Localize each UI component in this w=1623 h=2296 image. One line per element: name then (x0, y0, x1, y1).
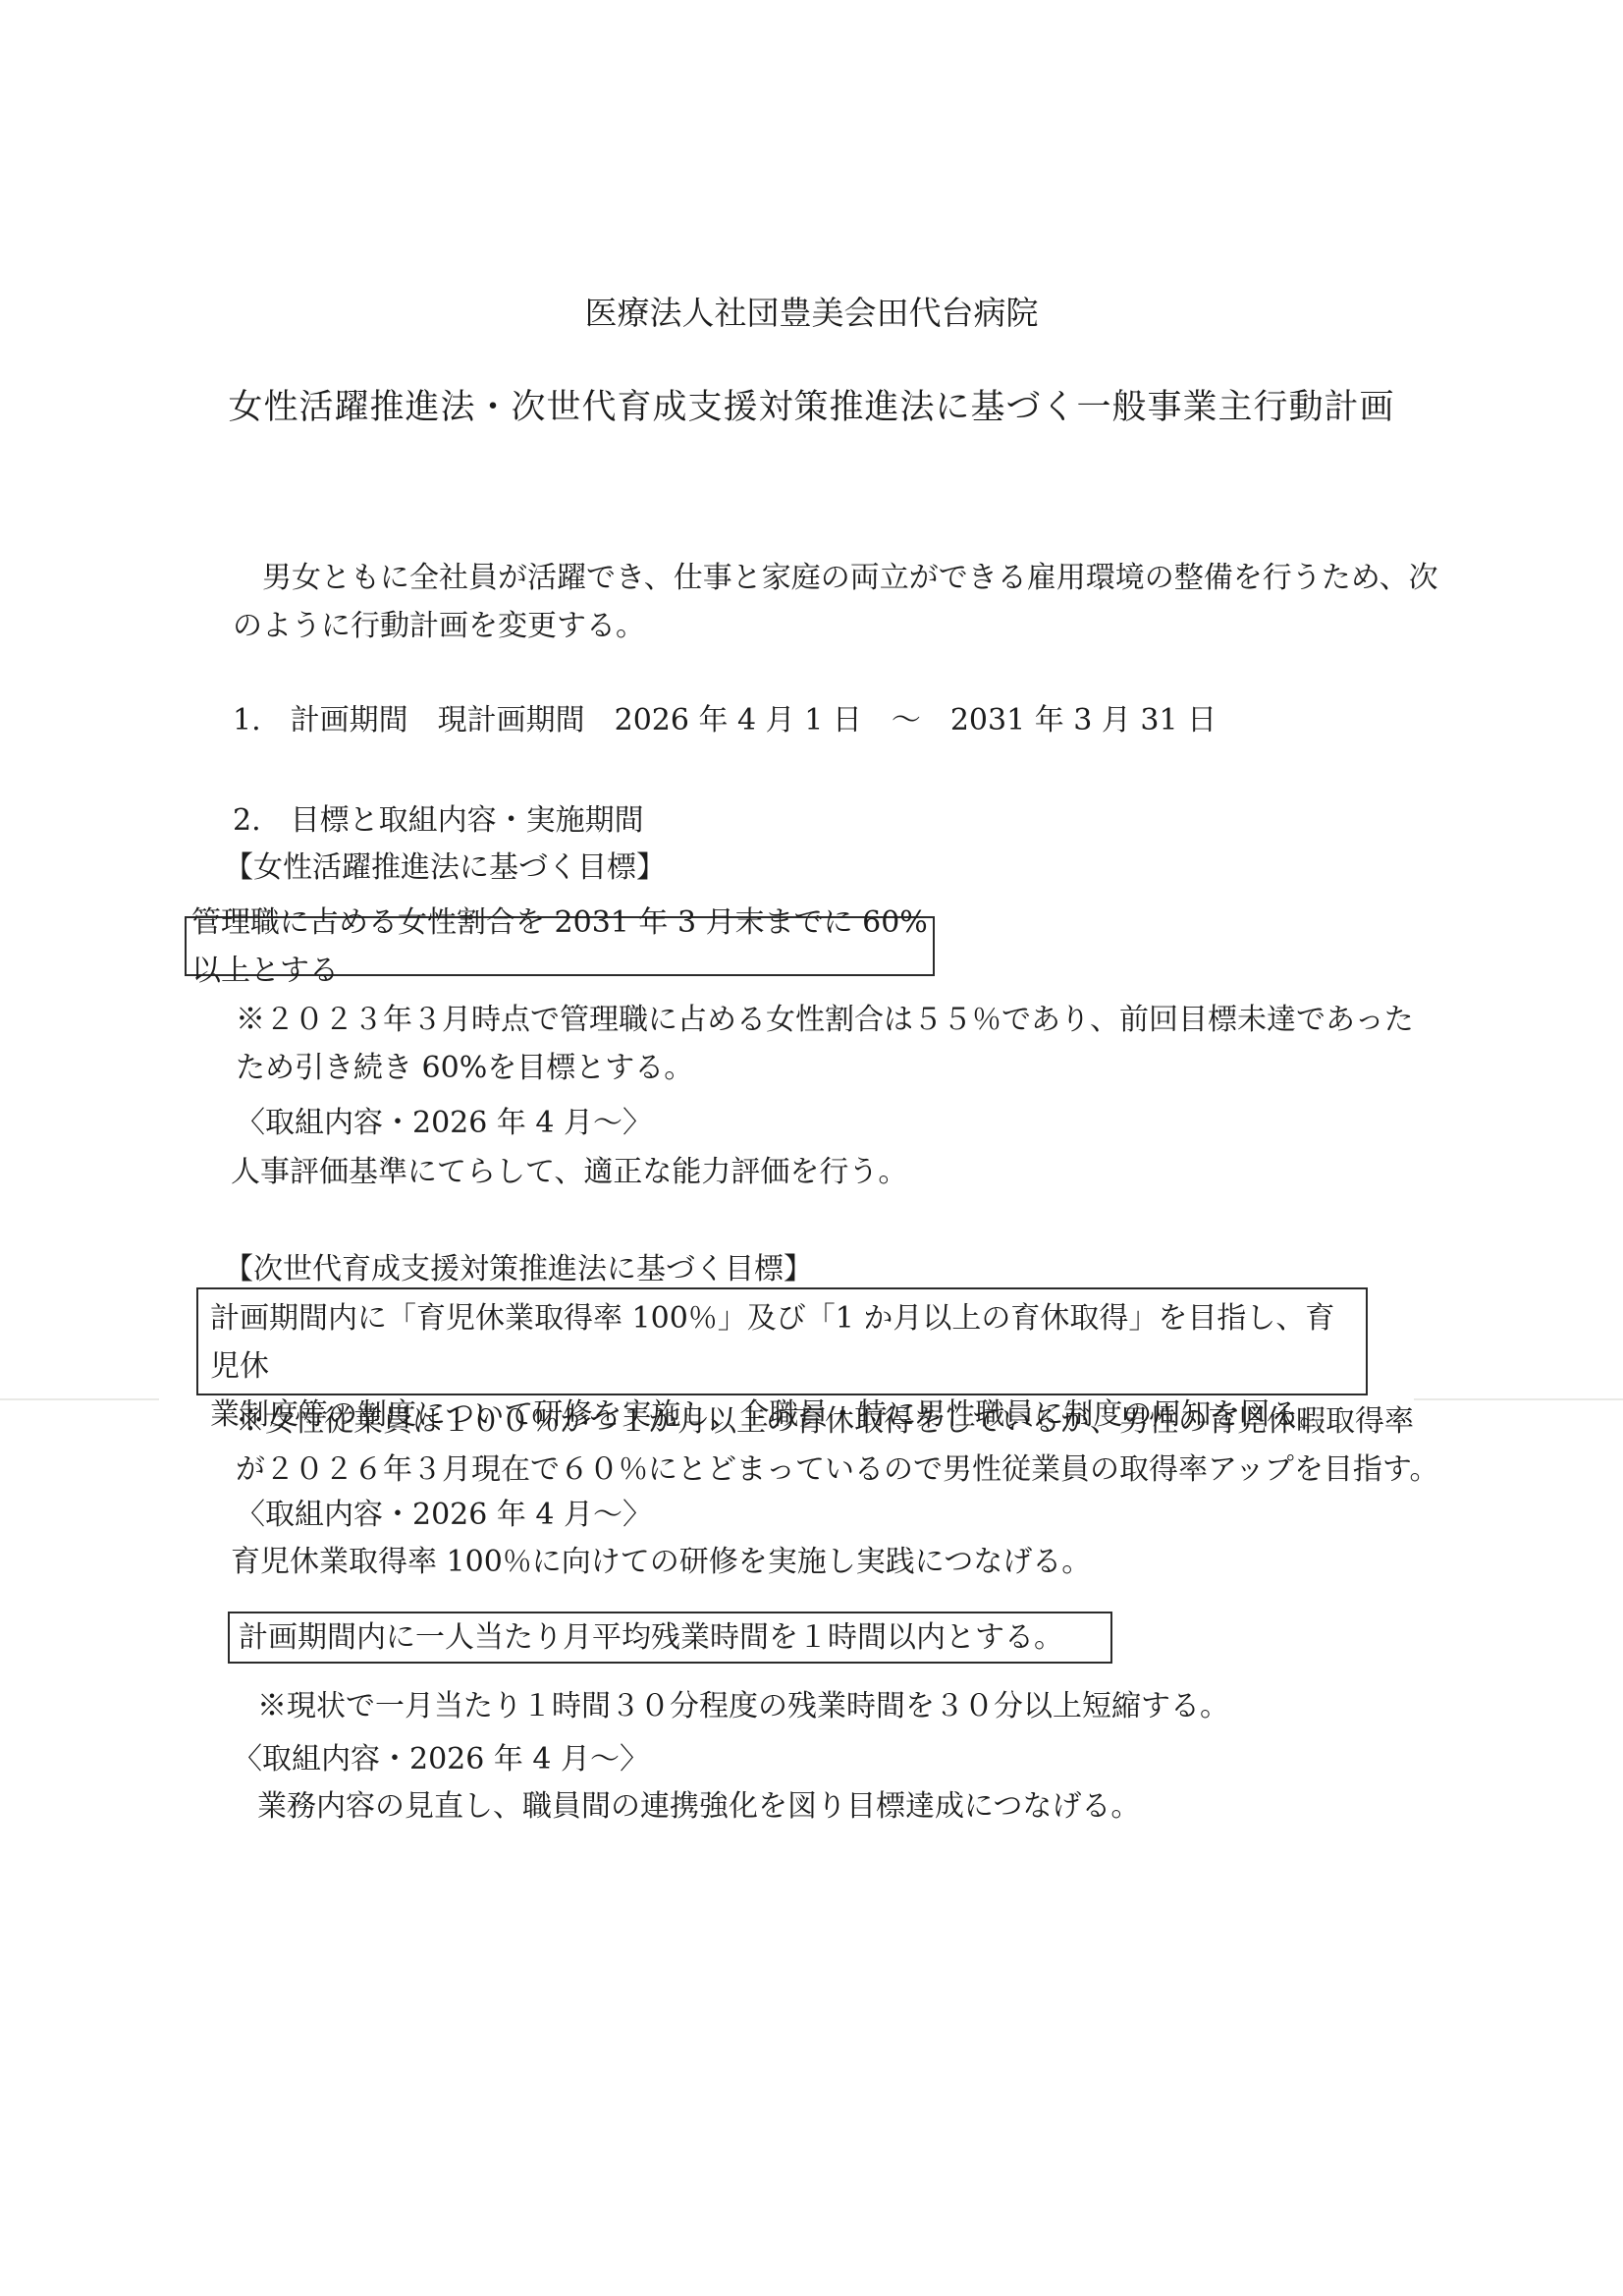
goals-item: 2. 目標と取組内容・実施期間 (233, 796, 644, 845)
document-subtitle: 女性活躍推進法・次世代育成支援対策推進法に基づく一般事業主行動計画 (0, 384, 1623, 432)
childcare-goal-note: ※女性従業員は１００％かつ１か月以上の育休取得をしているが、男性の育児休暇取得率… (236, 1397, 1502, 1494)
women-goal-note: ※２０２３年３月時点で管理職に占める女性割合は５５％であり、前回目標未達であった… (236, 996, 1483, 1092)
document-title: 医療法人社団豊美会田代台病院 (0, 289, 1623, 337)
women-action-label: 〈取組内容・2026 年 4 月～〉 (236, 1099, 652, 1147)
overtime-goal-box: 計画期間内に一人当たり月平均残業時間を１時間以内とする。 (228, 1612, 1112, 1664)
childcare-action-label: 〈取組内容・2026 年 4 月～〉 (236, 1491, 652, 1539)
scan-artifact-line-left (0, 1398, 159, 1400)
document-page: 医療法人社団豊美会田代台病院 女性活躍推進法・次世代育成支援対策推進法に基づく一… (0, 0, 1623, 2296)
intro-paragraph: 男女ともに全社員が活躍でき、仕事と家庭の両立ができる雇用環境の整備を行うため、次… (233, 554, 1470, 650)
overtime-goal-text: 計画期間内に一人当たり月平均残業時間を１時間以内とする。 (239, 1613, 1063, 1662)
women-action-text: 人事評価基準にてらして、適正な能力評価を行う。 (231, 1148, 907, 1196)
overtime-action-text: 業務内容の見直し、職員間の連携強化を図り目標達成につなげる。 (257, 1782, 1140, 1831)
childcare-action-text: 育児休業取得率 100％に向けての研修を実施し実践につなげる。 (231, 1538, 1091, 1586)
childcare-goal-box: 計画期間内に「育児休業取得率 100％」及び「1 か月以上の育休取得」を目指し、… (196, 1287, 1368, 1395)
plan-period-item: 1. 計画期間 現計画期間 2026 年 4 月 1 日 ～ 2031 年 3 … (233, 696, 1217, 744)
women-goal-text: 管理職に占める女性割合を 2031 年 3 月末までに 60%以上とする (191, 899, 933, 995)
women-section-heading: 【女性活躍推進法に基づく目標】 (224, 844, 666, 892)
childcare-section-heading: 【次世代育成支援対策推進法に基づく目標】 (224, 1245, 813, 1293)
overtime-goal-note: ※現状で一月当たり１時間３０分程度の残業時間を３０分以上短縮する。 (257, 1682, 1229, 1730)
overtime-action-label: 〈取組内容・2026 年 4 月～〉 (233, 1735, 649, 1783)
women-goal-box: 管理職に占める女性割合を 2031 年 3 月末までに 60%以上とする (185, 916, 935, 976)
